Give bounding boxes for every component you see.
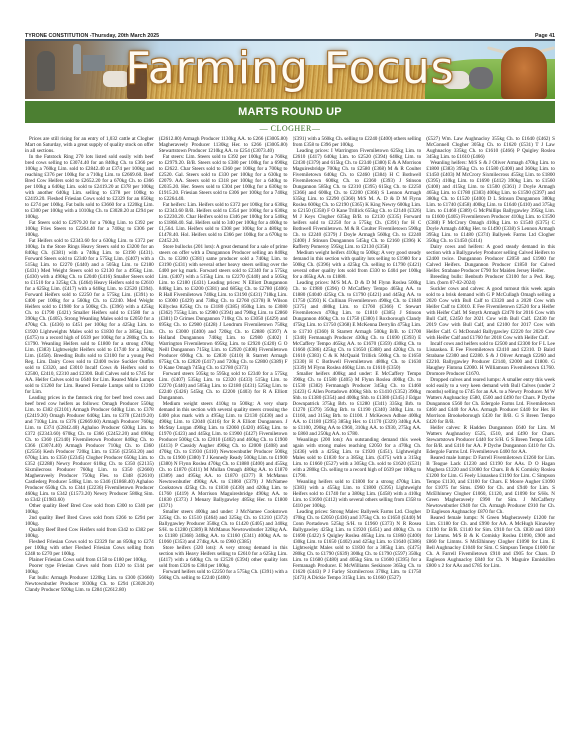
paragraph: Suckler cows and calves: A good turnout … [426, 286, 555, 340]
paragraph: Fat steers: Lim. Steers sold to £392 per… [159, 154, 288, 202]
paragraph: Other quality Beef Bred Cow sold from £3… [25, 503, 154, 515]
paragraph: Heifer calves: R Hadden Dungannon £640 f… [426, 425, 555, 455]
paragraph: In the Fatstock Ring 270 lots listed sol… [25, 154, 154, 220]
paragraph: Fat heifers: Lim. Heifers sold to £372 p… [159, 202, 288, 244]
newspaper-page: TYRONE CONSTITUTION -Thursday, 20th Marc… [25, 0, 555, 737]
paragraph: Smaller steers 400kg and under: J McName… [159, 509, 288, 545]
banner-title: Farming Focus [25, 44, 555, 94]
paragraph: Fat Heifers sold to £2343.60 for a 630kg… [25, 238, 154, 394]
paragraph: Weanling heifers: M/S S & J Oliver Armag… [426, 160, 555, 244]
paragraph: Smaller heifers 400kg and under: E McCaf… [293, 371, 422, 437]
paragraph: Forward heifers sold to £2250 for a 575k… [159, 569, 288, 581]
paragraph: Dropped calves and reared lumps: A small… [426, 377, 555, 425]
mart-location-heading: — CLOGHER— [25, 124, 555, 134]
paragraph: (£2612.80) Armagh Producer 1130kg AA. to… [159, 136, 288, 154]
paragraph: 2nd quality Beef Bred Cows sold from £26… [25, 515, 154, 527]
paragraph: Quality Beef Bred Cow Heifers sold from … [25, 527, 154, 539]
article-column-3: (£391) with a 560kg Ch. selling to £2240… [293, 136, 422, 736]
article-column-1: Prices are still rising for an entry of … [25, 136, 154, 736]
paragraph: Weanlings (200 lots): An outstanding dem… [293, 437, 422, 479]
paragraph: Breeding bulls: Benburb Producer £3100 f… [426, 274, 555, 286]
paragraph: Fat bulls: Armagh Producer 1220kg Lim. t… [25, 575, 154, 593]
paragraph: Leading prices: M/S M.A. D & D M Flynn R… [293, 280, 422, 370]
article-column-2: (£2612.80) Armagh Producer 1130kg AA. to… [159, 136, 288, 736]
paragraph: Store heifers (320 lots): A very strong … [159, 545, 288, 569]
paragraph: Dairy cows and heifers: A good steady de… [426, 244, 555, 274]
article-columns: Prices are still rising for an entry of … [25, 136, 555, 736]
paragraph: Reared female lumps: N Green Magheraveel… [426, 515, 555, 569]
paragraph: (£391) with a 560kg Ch. selling to £2240… [293, 136, 422, 148]
paragraph: Medium weight steers 410kg to 500kg: A v… [159, 401, 288, 509]
paragraph: Leading prices: I Warrington Fivemiletow… [293, 148, 422, 250]
masthead: TYRONE CONSTITUTION -Thursday, 20th Marc… [25, 30, 555, 39]
paragraph: Leading prices: Strong Males: Ballyeek F… [293, 509, 422, 581]
farming-focus-banner: Farming Focus [25, 41, 555, 99]
section-heading: MARTS ROUND UP [25, 101, 555, 123]
paragraph: Poorer type Friesian Cows sold from £120… [25, 563, 154, 575]
paragraph: Medium weight heifers 410kg to 500kg: A … [293, 250, 422, 280]
paragraph: Fleshed Friesian Cows sold to £2329 for … [25, 539, 154, 557]
paragraph: Prices are still rising for an entry of … [25, 136, 154, 154]
article-column-4: (£527) Wm. Law Aughnacloy 355kg Ch. to £… [426, 136, 555, 736]
paragraph: Store bullocks (201 lots): A great deman… [159, 244, 288, 370]
paragraph: (£527) Wm. Law Aughnacloy 355kg Ch. to £… [426, 136, 555, 160]
paragraph: Forward steers 505kg to 595kg sold to £2… [159, 371, 288, 401]
paragraph: Fat Steers sold to £2979.20 for a 760kg … [25, 220, 154, 238]
paragraph: Reared male lumps: D Farrell Fivemiletow… [426, 455, 555, 515]
paragraph: Weanling heifers sold to £1800 for a str… [293, 479, 422, 509]
paragraph: Incalf cows and heifers sold to £2500 an… [426, 341, 555, 377]
paragraph: Leading prices in the fatstock ring for … [25, 395, 154, 503]
